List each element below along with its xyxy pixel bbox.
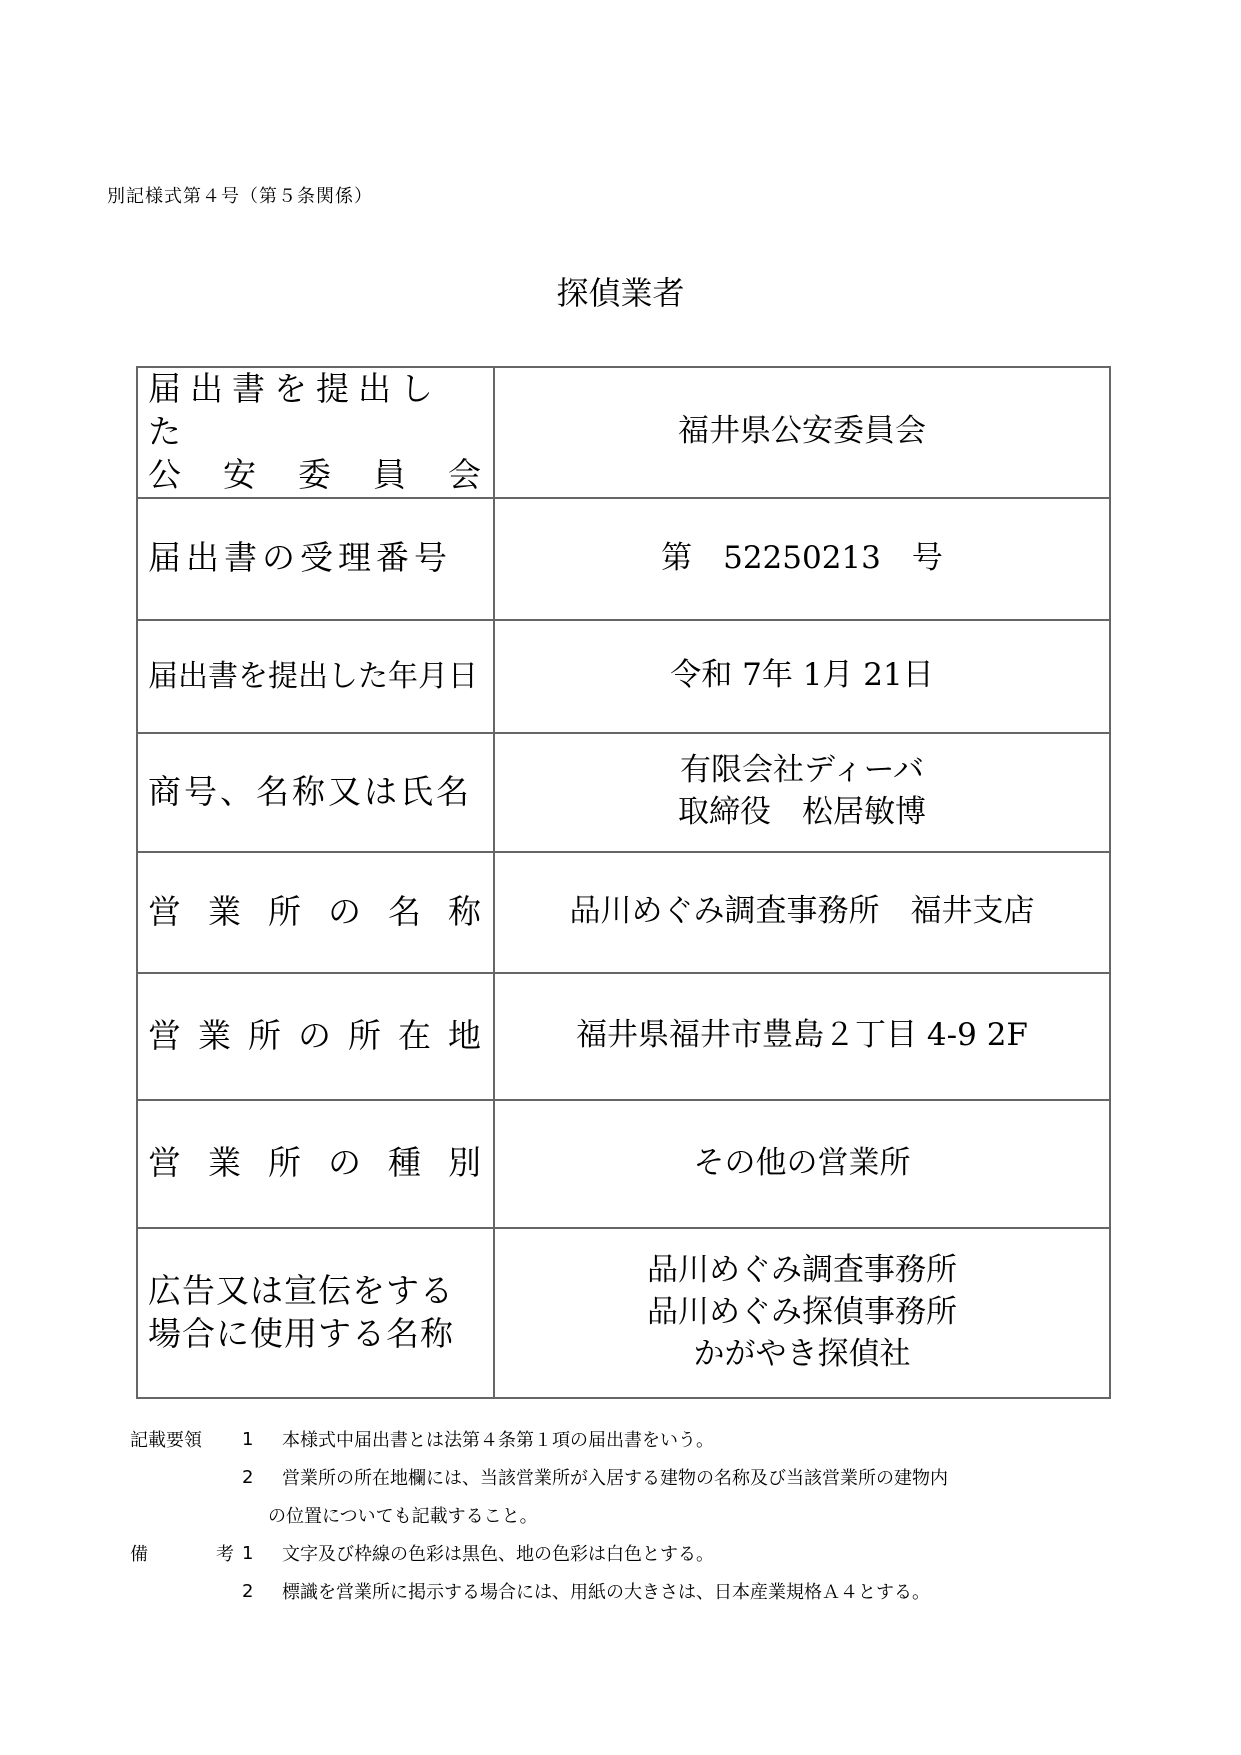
- label-office-type: 営業所の種別: [137, 1100, 494, 1228]
- table-row-office-type: 営業所の種別 その他の営業所: [137, 1100, 1110, 1228]
- value-filing-date: 令和 7年 1月 21日: [494, 620, 1110, 733]
- label-trade-name: 商号、名称又は氏名: [137, 733, 494, 852]
- table-row-office-address: 営業所の所在地 福井県福井市豊島２丁目 4-9 2F: [137, 973, 1110, 1100]
- value-commission: 福井県公安委員会: [494, 367, 1110, 498]
- instruction-item: 2 営業所の所在地欄には、当該営業所が入居する建物の名称及び当該営業所の建物内: [130, 1458, 1130, 1496]
- remark-item: 2 標識を営業所に掲示する場合には、用紙の大きさは、日本産業規格Ａ４とする。: [130, 1572, 1130, 1610]
- label-commission: 届出書を提出した 公安委員会: [137, 367, 494, 498]
- value-trade-name: 有限会社ディーバ 取締役 松居敏博: [494, 733, 1110, 852]
- label-filing-date: 届出書を提出した年月日: [137, 620, 494, 733]
- label-line: 届出書を提出した: [148, 368, 493, 454]
- instruction-continuation: の位置についても記載すること。: [130, 1496, 1130, 1534]
- table-row-advertising-names: 広告又は宣伝をする 場合に使用する名称 品川めぐみ調査事務所 品川めぐみ探偵事務…: [137, 1228, 1110, 1398]
- document-title: 探偵業者: [0, 268, 1241, 314]
- value-office-name: 品川めぐみ調査事務所 福井支店: [494, 852, 1110, 973]
- value-office-address: 福井県福井市豊島２丁目 4-9 2F: [494, 973, 1110, 1100]
- label-advertising-names: 広告又は宣伝をする 場合に使用する名称: [137, 1228, 494, 1398]
- value-office-type: その他の営業所: [494, 1100, 1110, 1228]
- table-row-receipt-number: 届出書の受理番号 第 52250213 号: [137, 498, 1110, 620]
- instructions-heading: 記載要領: [130, 1426, 242, 1452]
- instruction-item: 記載要領 1 本様式中届出書とは法第４条第１項の届出書をいう。: [130, 1420, 1130, 1458]
- remarks-heading: 備 考: [130, 1540, 242, 1566]
- table-row-filing-date: 届出書を提出した年月日 令和 7年 1月 21日: [137, 620, 1110, 733]
- notes-section: 記載要領 1 本様式中届出書とは法第４条第１項の届出書をいう。 2 営業所の所在…: [130, 1420, 1130, 1610]
- value-advertising-names: 品川めぐみ調査事務所 品川めぐみ探偵事務所 かがやき探偵社: [494, 1228, 1110, 1398]
- value-receipt-number: 第 52250213 号: [494, 498, 1110, 620]
- table-row-office-name: 営業所の名称 品川めぐみ調査事務所 福井支店: [137, 852, 1110, 973]
- table-row-commission: 届出書を提出した 公安委員会 福井県公安委員会: [137, 367, 1110, 498]
- label-office-name: 営業所の名称: [137, 852, 494, 973]
- label-line: 公安委員会: [148, 454, 493, 497]
- form-number: 別記様式第４号（第５条関係）: [107, 182, 373, 208]
- label-receipt-number: 届出書の受理番号: [137, 498, 494, 620]
- table-row-trade-name: 商号、名称又は氏名 有限会社ディーバ 取締役 松居敏博: [137, 733, 1110, 852]
- sign-table: 届出書を提出した 公安委員会 福井県公安委員会 届出書の受理番号 第 52250…: [136, 366, 1111, 1399]
- label-office-address: 営業所の所在地: [137, 973, 494, 1100]
- remark-item: 備 考 1 文字及び枠線の色彩は黒色、地の色彩は白色とする。: [130, 1534, 1130, 1572]
